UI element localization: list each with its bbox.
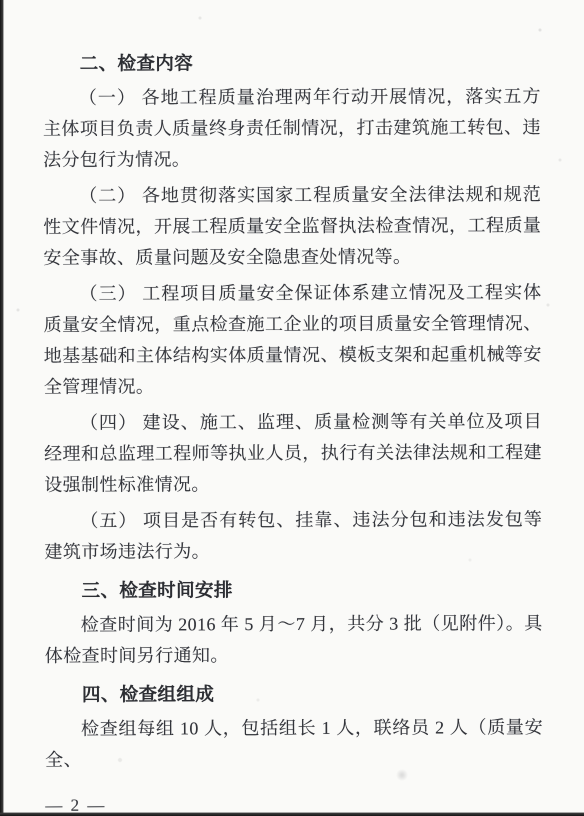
paragraph-item-2: （二） 各地贯彻落实国家工程质量安全法律法规和规范性文件情况，开展工程质量安全监… [43,179,541,274]
paragraph-item-5: （五） 项目是否有转包、挂靠、违法分包和违法发包等建筑市场违法行为。 [44,504,542,568]
heading-inspection-content: 二、检查内容 [43,46,541,79]
scan-left-edge [0,0,4,816]
paragraph-item-1: （一） 各地工程质量治理两年行动开展情况，落实五方主体项目负责人质量终身责任制情… [43,81,541,176]
heading-inspection-team: 四、检查组组成 [45,677,543,710]
heading-inspection-schedule: 三、检查时间安排 [45,573,543,606]
scanned-document-page: 二、检查内容 （一） 各地工程质量治理两年行动开展情况，落实五方主体项目负责人质… [0,0,584,816]
document-content: 二、检查内容 （一） 各地工程质量治理两年行动开展情况，落实五方主体项目负责人质… [43,39,544,816]
paragraph-team: 检查组每组 10 人，包括组长 1 人，联络员 2 人（质量安全、 [45,712,543,776]
paragraph-item-3: （三） 工程项目质量安全保证体系建立情况及工程实体质量安全情况，重点检查施工企业… [43,277,541,403]
paragraph-item-4: （四） 建设、施工、监理、质量检测等有关单位及项目经理和总监理工程师等执业人员，… [44,406,542,501]
paragraph-schedule: 检查时间为 2016 年 5 月～7 月，共分 3 批（见附件）。具体检查时间另… [45,608,543,672]
scan-bottom-edge [0,812,584,816]
